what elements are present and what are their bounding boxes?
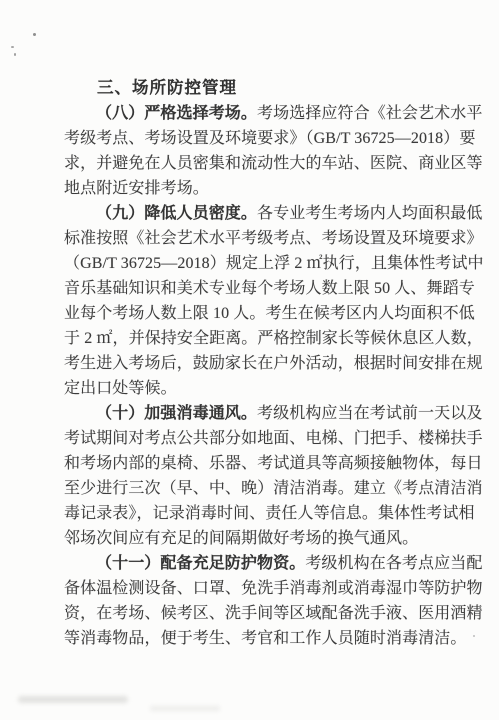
paragraph-lead: （十一）配备充足防护物资。 [96,555,305,572]
text-line: 考级考点、考场设置及环境要求》（GB/T 36725—2018）要 [64,126,456,151]
text-line: （十）加强消毒通风。考级机构应当在考试前一天以及 [64,401,456,426]
text-line: 考试期间对考点公共部分如地面、电梯、门把手、楼梯扶手 [64,426,456,451]
text-line: 求，并避免在人员密集和流动性大的车站、医院、商业区等 [64,151,456,176]
section-title: 三、场所防控管理 [64,76,456,101]
scan-speck [33,33,36,36]
scan-speck [14,53,16,56]
scan-speck [11,46,14,48]
text-line: 定出口处等候。 [64,376,456,401]
paragraph-text: 考级机构在各考点应当配 [305,555,482,572]
text-line: 邻场次间应有充足的间隔期做好考场的换气通风。 [64,526,456,551]
text-line: （GB/T 36725—2018）规定上浮 2 ㎡执行，且集体性考试中 [64,251,456,276]
text-line: 和考场内部的桌椅、乐器、考试道具等高频接触物体，每日 [64,451,456,476]
document-body: （八）严格选择考场。考场选择应符合《社会艺术水平考级考点、考场设置及环境要求》（… [64,101,456,651]
paragraph-lead: （九）降低人员密度。 [96,205,257,222]
paragraph-lead: （十）加强消毒通风。 [96,405,257,422]
paragraph-text: 考级机构应当在考试前一天以及 [257,405,482,422]
scan-smudge [18,696,128,703]
document-content: 三、场所防控管理 （八）严格选择考场。考场选择应符合《社会艺术水平考级考点、考场… [64,76,456,651]
text-line: 资，在考场、候考区、洗手间等区域配备洗手液、医用酒精 [64,601,456,626]
text-line: 备体温检测设备、口罩、免洗手消毒剂或消毒湿巾等防护物 [64,576,456,601]
text-line: （八）严格选择考场。考场选择应符合《社会艺术水平 [64,101,456,126]
text-line: （十一）配备充足防护物资。考级机构在各考点应当配 [64,551,456,576]
text-line: 毒记录表》，记录消毒时间、责任人等信息。集体性考试相 [64,501,456,526]
text-line: 考生进入考场后，鼓励家长在户外活动，根据时间安排在规 [64,351,456,376]
scanned-document-page: 三、场所防控管理 （八）严格选择考场。考场选择应符合《社会艺术水平考级考点、考场… [0,0,499,720]
paragraph-lead: （八）严格选择考场。 [96,105,257,122]
text-line: 地点附近安排考场。 [64,176,456,201]
text-line: 至少进行三次（早、中、晚）清洁消毒。建立《考点清洁消 [64,476,456,501]
text-line: （九）降低人员密度。各专业考生考场内人均面积最低 [64,201,456,226]
text-line: 标准按照《社会艺术水平考级考点、考场设置及环境要求》 [64,226,456,251]
text-line: 等消毒物品，便于考生、考官和工作人员随时消毒清洁。 [64,626,456,651]
scan-speck [473,635,475,637]
text-line: 业每个考场人数上限 10 人。考生在候考区内人均面积不低 [64,301,456,326]
text-line: 于 2 ㎡，并保持安全距离。严格控制家长等候休息区人数， [64,326,456,351]
text-line: 音乐基础知识和美术专业每个考场人数上限 50 人、舞蹈专 [64,276,456,301]
paragraph-text: 考场选择应符合《社会艺术水平 [257,105,482,122]
paragraph-text: 各专业考生考场内人均面积最低 [257,205,482,222]
scan-smudge [150,706,220,711]
